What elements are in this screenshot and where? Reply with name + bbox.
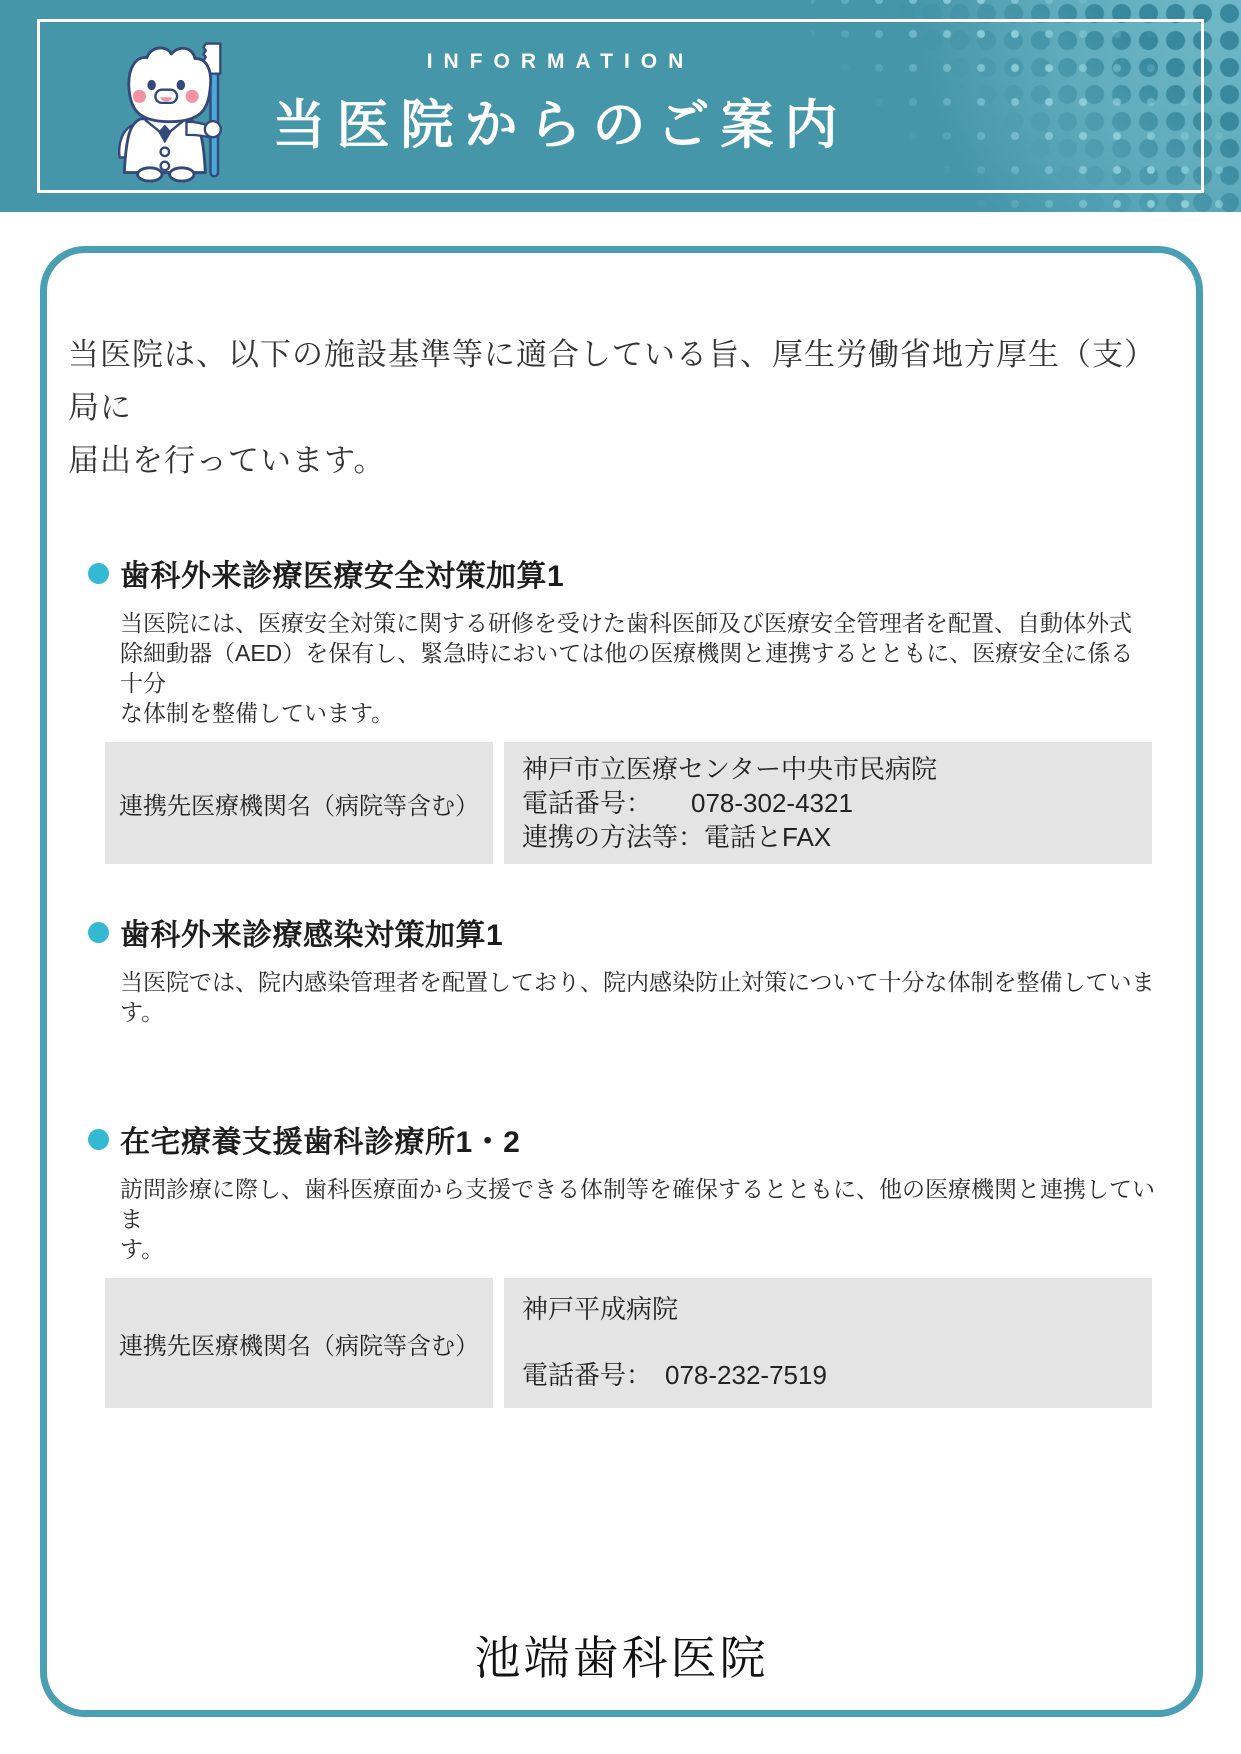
section-body: 当医院には、医療安全対策に関する研修を受けた歯科医師及び医療安全管理者を配置、自… — [120, 608, 1156, 728]
information-notice-page: INFORMATION 当医院からのご案内 当医院は、以下の施設基準等に適合して… — [0, 0, 1241, 1754]
partner-label-cell: 連携先医療機関名（病院等含む） — [105, 742, 493, 864]
section-heading: 歯科外来診療感染対策加算1 — [88, 910, 1156, 954]
content-card: 当医院は、以下の施設基準等に適合している旨、厚生労働省地方厚生（支）局に 届出を… — [40, 246, 1203, 1717]
section-heading: 歯科外来診療医療安全対策加算1 — [88, 551, 1156, 595]
partner-hospital-name: 神戸平成病院 — [522, 1292, 1142, 1326]
partner-hospital-table: 連携先医療機関名（病院等含む） 神戸市立医療センター中央市民病院 電話番号： 0… — [105, 742, 1152, 864]
section-body: 訪問診療に際し、歯科医療面から支援できる体制等を確保するとともに、他の医療機関と… — [120, 1174, 1156, 1264]
bullet-circle-icon — [88, 563, 109, 584]
section-title: 在宅療養支援歯科診療所1・2 — [120, 1117, 520, 1161]
partner-hospital-table: 連携先医療機関名（病院等含む） 神戸平成病院 電話番号： 078-232-751… — [105, 1278, 1152, 1408]
information-eyebrow: INFORMATION — [0, 50, 1110, 74]
partner-phone: 電話番号： 078-232-7519 — [522, 1358, 1142, 1392]
section-medical-safety: 歯科外来診療医療安全対策加算1 当医院には、医療安全対策に関する研修を受けた歯科… — [68, 551, 1156, 864]
section-infection-control: 歯科外来診療感染対策加算1 当医院では、院内感染管理者を配置しており、院内感染防… — [68, 910, 1156, 1027]
partner-phone: 電話番号： 078-302-4321 — [522, 786, 1142, 820]
clinic-name: 池端歯科医院 — [47, 1622, 1196, 1688]
bullet-circle-icon — [88, 1129, 109, 1150]
section-heading: 在宅療養支援歯科診療所1・2 — [88, 1117, 1156, 1161]
header-text-block: INFORMATION 当医院からのご案内 — [0, 0, 1110, 159]
section-title: 歯科外来診療感染対策加算1 — [120, 910, 503, 954]
section-body: 当医院では、院内感染管理者を配置しており、院内感染防止対策について十分な体制を整… — [120, 967, 1156, 1027]
partner-label-cell: 連携先医療機関名（病院等含む） — [105, 1278, 493, 1408]
header-band: INFORMATION 当医院からのご案内 — [0, 0, 1241, 212]
section-title: 歯科外来診療医療安全対策加算1 — [120, 551, 564, 595]
section-home-care-support: 在宅療養支援歯科診療所1・2 訪問診療に際し、歯科医療面から支援できる体制等を確… — [68, 1117, 1156, 1408]
partner-value-cell: 神戸平成病院 電話番号： 078-232-7519 — [504, 1278, 1152, 1408]
partner-hospital-name: 神戸市立医療センター中央市民病院 — [522, 752, 1142, 786]
intro-text: 当医院は、以下の施設基準等に適合している旨、厚生労働省地方厚生（支）局に 届出を… — [68, 328, 1156, 487]
bullet-circle-icon — [88, 922, 109, 943]
partner-contact-method: 連携の方法等：電話とFAX — [522, 820, 1142, 854]
page-title: 当医院からのご案内 — [0, 83, 1110, 159]
partner-value-cell: 神戸市立医療センター中央市民病院 電話番号： 078-302-4321 連携の方… — [504, 742, 1152, 864]
